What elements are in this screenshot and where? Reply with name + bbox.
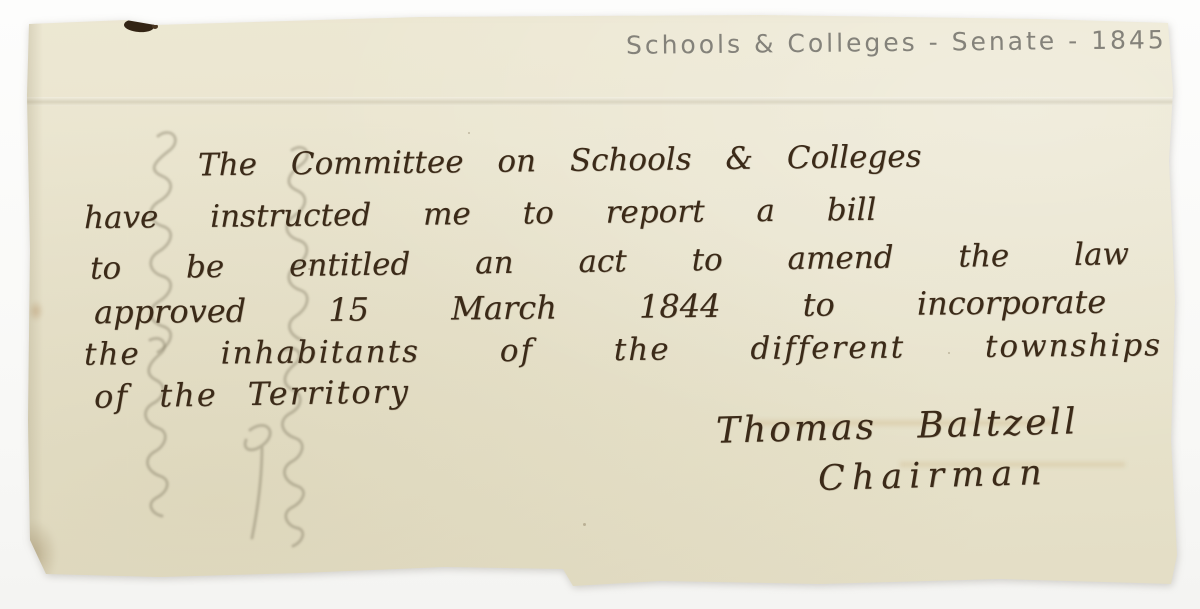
signature-title-chairman: Chairman — [818, 453, 1050, 499]
document-paper: Schools & Colleges - Senate - 1845 The C… — [0, 0, 1200, 609]
paper-speck — [468, 132, 470, 134]
letter-line-6: of the Territory — [94, 372, 411, 416]
ink-blot-dot — [152, 24, 158, 29]
paper-speck — [583, 523, 586, 526]
scanned-document-view: Schools & Colleges - Senate - 1845 The C… — [0, 0, 1200, 609]
paper-shadow: Schools & Colleges - Senate - 1845 The C… — [0, 0, 1200, 609]
pencil-archive-annotation: Schools & Colleges - Senate - 1845 — [626, 25, 1167, 60]
